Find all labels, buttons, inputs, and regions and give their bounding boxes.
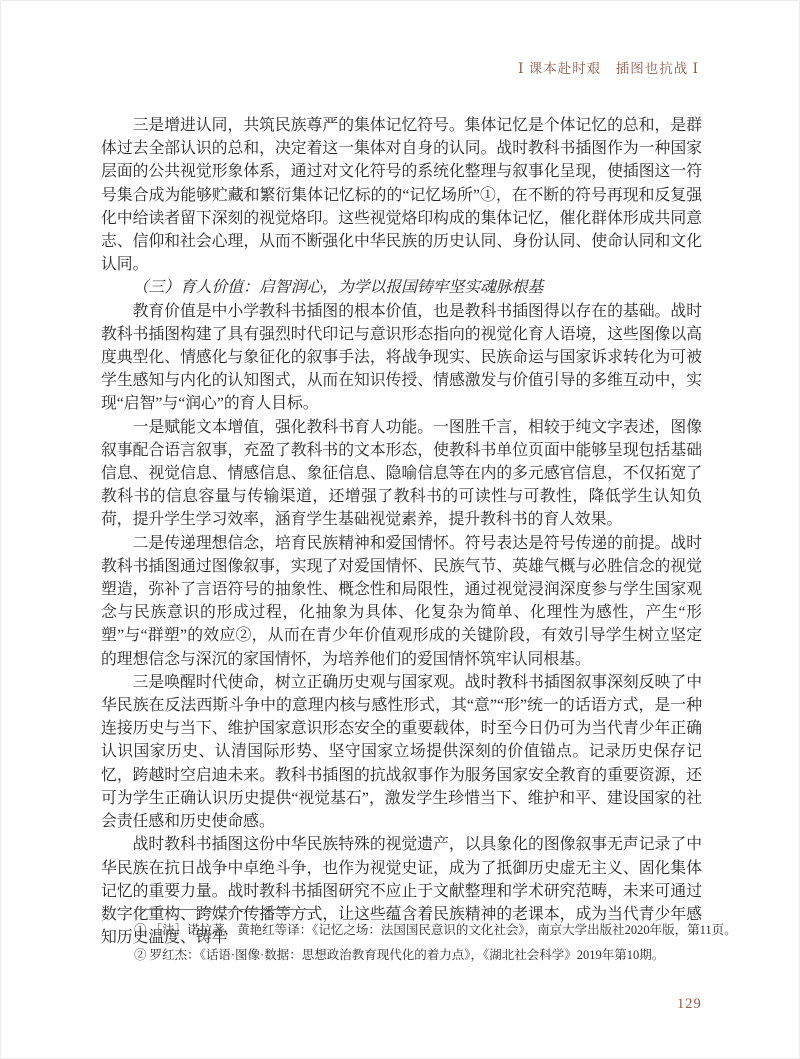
footnotes-section: ① ［法］诺拉著，黄艳红等译：《记忆之场：法国国民意识的文化社会》，南京大学出版… — [101, 909, 702, 968]
footnote-item-2: ② 罗红杰：《话语·图像·数据：思想政治教育现代化的着力点》，《湖北社会科学》2… — [134, 943, 702, 968]
paragraph-educational-value-intro: 教育价值是中小学教科书插图的根本价值，也是教科书插图得以存在的基础。战时教科书插… — [101, 300, 702, 416]
footnote-item-1: ① ［法］诺拉著，黄艳红等译：《记忆之场：法国国民意识的文化社会》，南京大学出版… — [134, 918, 702, 943]
running-header: Ⅰ 课本赴时艰 插图也抗战 Ⅰ — [518, 57, 699, 77]
page-number: 129 — [677, 996, 702, 1013]
paragraph-era-mission: 三是唤醒时代使命，树立正确历史观与国家观。战时教科书插图叙事深刻反映了中华民族在… — [101, 671, 702, 833]
paragraph-text-enrichment: 一是赋能文本增值，强化教科书育人功能。一图胜千言，相较于纯文字表述，图像叙事配合… — [101, 416, 702, 532]
paragraph-ideals-beliefs: 二是传递理想信念，培育民族精神和爱国情怀。符号表达是符号传递的前提。战时教科书插… — [101, 532, 702, 671]
article-body: 三是增进认同，共筑民族尊严的集体记忆符号。集体记忆是个体记忆的总和，是群体过去全… — [101, 114, 702, 949]
section-heading-educational-value: （三）育人价值：启智润心，为学以报国铸牢坚实魂脉根基 — [101, 276, 702, 299]
footnote-divider — [134, 909, 314, 910]
paragraph-collective-memory: 三是增进认同，共筑民族尊严的集体记忆符号。集体记忆是个体记忆的总和，是群体过去全… — [101, 114, 702, 276]
book-page: Ⅰ 课本赴时艰 插图也抗战 Ⅰ 三是增进认同，共筑民族尊严的集体记忆符号。集体记… — [0, 0, 800, 1059]
